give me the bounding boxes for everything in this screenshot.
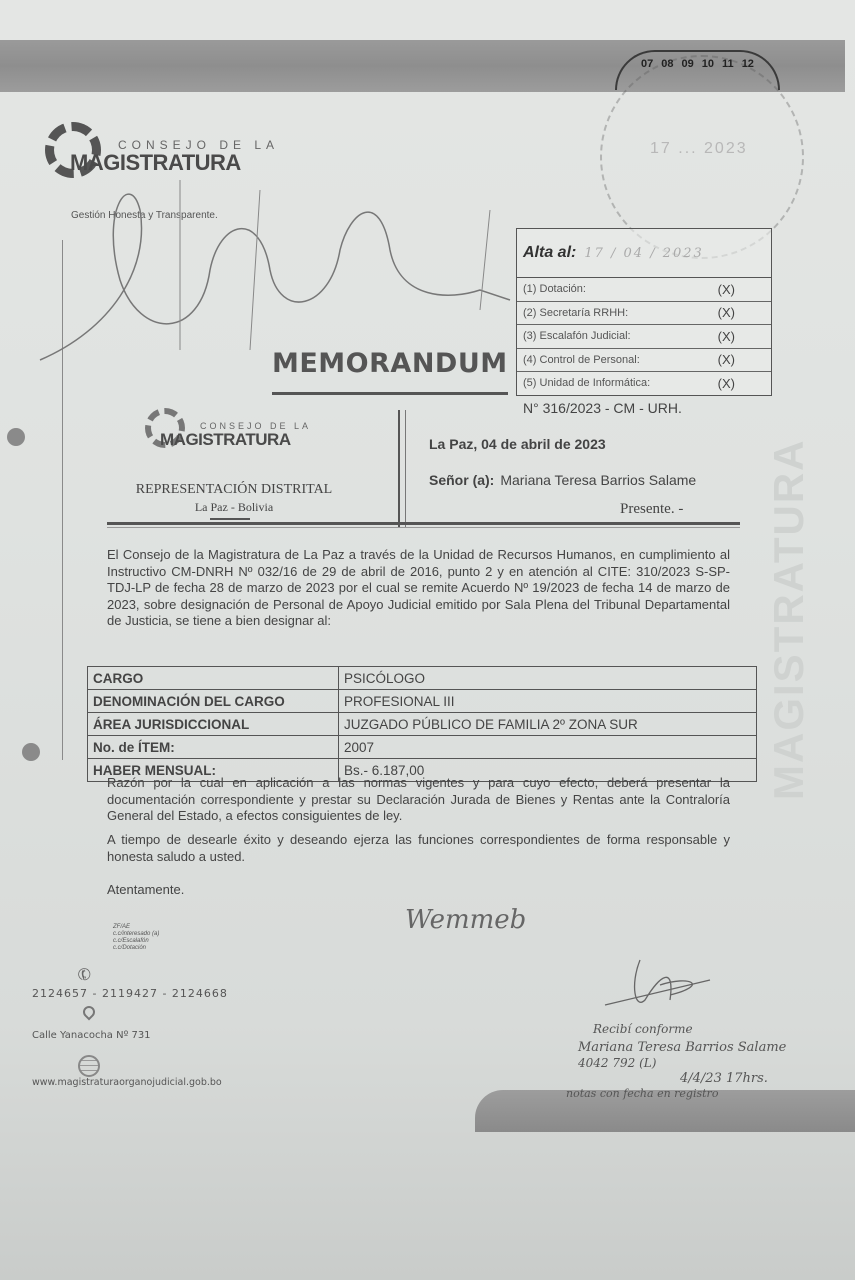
body-paragraph-3: A tiempo de desearle éxito y deseando ej… [107,832,730,865]
body-paragraph-2: Razón por la cual en aplicación a las no… [107,775,730,825]
table-row: CARGOPSICÓLOGO [88,667,757,690]
stamp-date: 17 ... 2023 [650,140,748,158]
location-pin-icon [81,1004,98,1021]
alta-label: Alta al: [523,244,576,262]
body-paragraph-1: El Consejo de la Magistratura de La Paz … [107,547,730,630]
receipt-line-3: 4042 792 (L) [578,1056,656,1070]
title-underline [272,392,508,395]
receipt-line-2: Mariana Teresa Barrios Salame [578,1040,786,1055]
divider [210,518,250,520]
table-row: DENOMINACIÓN DEL CARGOPROFESIONAL III [88,690,757,713]
divider [107,522,740,525]
copies-list: ZF/AE c.c/interesado (a) c.c/Escalafón c… [113,924,159,952]
sender-org-line2: MAGISTRATURA [160,430,291,450]
divider [398,410,400,528]
stamp-dial: 07 08 09 10 11 12 [615,50,780,90]
watermark: MAGISTRATURA [765,438,813,800]
table-row: ÁREA JURISDICCIONALJUZGADO PÚBLICO DE FA… [88,713,757,736]
reference-number: N° 316/2023 - CM - URH. [523,400,682,416]
document-title: MEMORANDUM [272,348,508,379]
recipient-line: Señor (a):Mariana Teresa Barrios Salame [429,472,696,488]
table-row: No. de ÍTEM:2007 [88,736,757,759]
footer-website: www.magistraturaorganojudicial.gob.bo [32,1077,222,1088]
divider [405,410,406,528]
sender-title: REPRESENTACIÓN DISTRITAL [116,482,352,498]
sender-location: La Paz - Bolivia [116,500,352,515]
handwritten-initials [30,150,520,370]
punch-hole [22,743,40,761]
designation-table: CARGOPSICÓLOGO DENOMINACIÓN DEL CARGOPRO… [87,666,757,782]
closing: Atentamente. [107,882,730,899]
recipient-label: Señor (a): [429,472,494,488]
signature: Wemmeb [405,905,526,935]
alta-date: 17 / 04 / 2023 [584,246,703,261]
phone-icon: ✆ [74,963,96,987]
footer-phones: 2124657 - 2119427 - 2124668 [32,987,228,1000]
globe-icon [78,1055,100,1077]
receipt-line-1: Recibí conforme [593,1022,693,1036]
receipt-line-4: 4/4/23 17hrs. [680,1071,768,1086]
alta-item: (5) Unidad de Informática:(X) [517,372,771,395]
divider [107,527,740,528]
alta-box: Alta al: 17 / 04 / 2023 (1) Dotación:(X)… [516,228,772,396]
alta-item: (4) Control de Personal:(X) [517,349,771,373]
date-line: La Paz, 04 de abril de 2023 [429,436,606,452]
footer-address: Calle Yanacocha Nº 731 [32,1030,151,1041]
alta-item: (2) Secretaría RRHH:(X) [517,302,771,326]
receipt-signature [600,955,720,1015]
punch-hole [7,428,25,446]
recipient-name: Mariana Teresa Barrios Salame [500,472,696,488]
alta-item: (3) Escalafón Judicial:(X) [517,325,771,349]
alta-item: (1) Dotación:(X) [517,278,771,302]
presente: Presente. - [620,501,683,518]
receipt-line-5: notas con fecha en registro [566,1087,718,1100]
